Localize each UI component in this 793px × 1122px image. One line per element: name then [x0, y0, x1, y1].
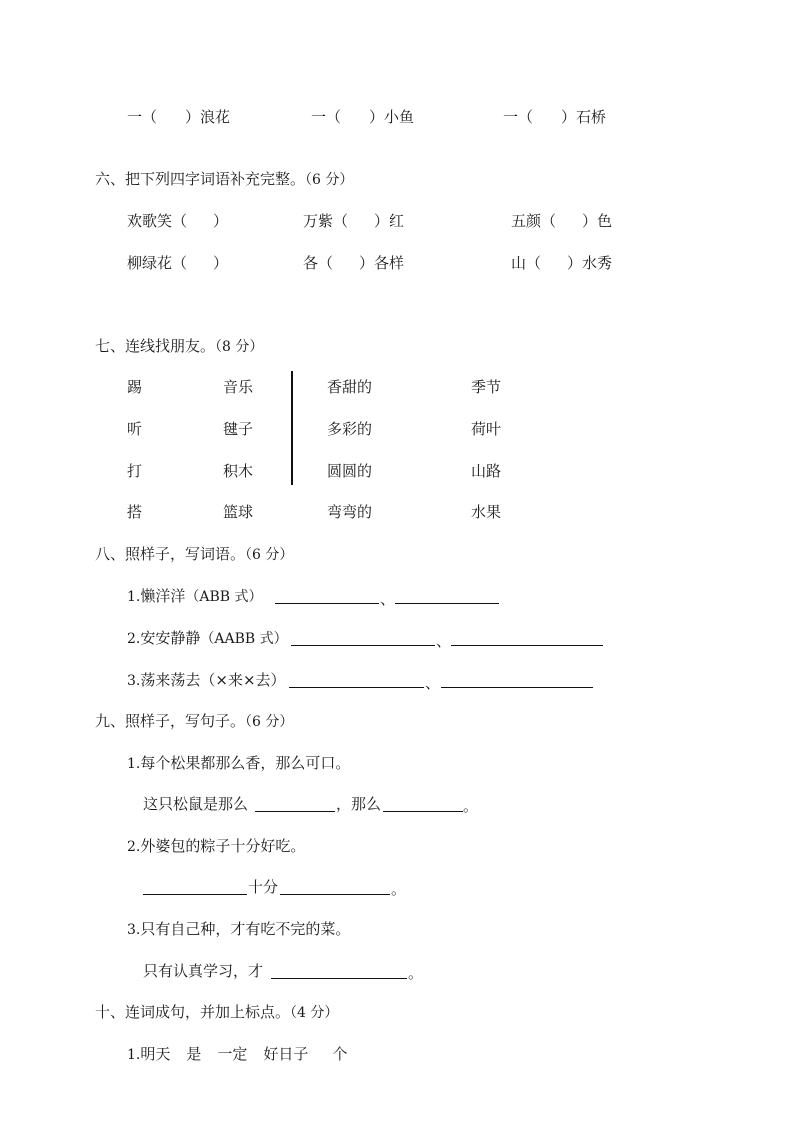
period: 。	[391, 880, 406, 898]
item-number: 1.	[127, 589, 140, 605]
section-score: （6 分）	[305, 172, 353, 188]
idiom-item: 山（）水秀	[511, 254, 612, 272]
section-title: 九、照样子，写句子。	[95, 712, 245, 730]
measure-word-item-3: 一（）石桥	[503, 108, 606, 126]
word-pattern-item-1: 1.懒洋洋（ABB 式）	[127, 587, 263, 606]
match-noun[interactable]: 篮球	[223, 503, 253, 521]
example-sentence: 只有自己种，才有吃不完的菜。	[140, 920, 350, 938]
idiom-item: 万紫（）红	[303, 212, 404, 230]
match-noun[interactable]: 水果	[471, 503, 501, 521]
pattern-label: （ABB 式）	[185, 589, 262, 605]
item-number: 3.	[127, 922, 140, 938]
separator: 、	[436, 632, 451, 650]
idiom-suffix: ）	[213, 212, 228, 230]
idiom-prefix: 五颜（	[511, 212, 556, 230]
answer-line[interactable]	[289, 673, 424, 688]
answer-line[interactable]	[280, 880, 390, 895]
prompt-text: 十分	[248, 878, 278, 896]
item-prefix: 一（	[127, 108, 157, 126]
scrambled-word: 好日子	[263, 1045, 308, 1063]
match-noun[interactable]: 山路	[471, 462, 501, 480]
match-adjective[interactable]: 弯弯的	[327, 503, 372, 521]
example-word: 懒洋洋	[140, 587, 185, 605]
separator: 、	[380, 590, 395, 608]
prompt-text: 这只松鼠是那么	[143, 795, 248, 813]
match-noun[interactable]: 毽子	[223, 420, 253, 438]
match-noun[interactable]: 荷叶	[471, 420, 501, 438]
column-divider	[291, 371, 293, 485]
scrambled-word: 一定	[217, 1045, 247, 1063]
section-8-heading: 八、照样子，写词语。（6 分）	[95, 545, 293, 564]
example-sentence: 每个松果都那么香，那么可口。	[140, 754, 350, 772]
section-score: （6 分）	[245, 547, 293, 563]
idiom-suffix: ）色	[582, 212, 612, 230]
word-pattern-item-2: 2.安安静静（AABB 式）	[127, 629, 288, 648]
section-10-heading: 十、连词成句，并加上标点。（4 分）	[95, 1003, 338, 1022]
idiom-prefix: 欢歌笑（	[127, 212, 187, 230]
match-adjective[interactable]: 圆圆的	[327, 462, 372, 480]
item-prefix: 一（	[311, 108, 341, 126]
match-verb[interactable]: 踢	[127, 378, 142, 396]
answer-line[interactable]	[255, 797, 335, 812]
answer-line[interactable]	[441, 673, 593, 688]
scrambled-word: 明天	[140, 1045, 170, 1063]
answer-line[interactable]	[395, 589, 499, 604]
example-sentence: 外婆包的粽子十分好吃。	[140, 837, 305, 855]
idiom-item: 欢歌笑（）	[127, 212, 228, 230]
answer-line[interactable]	[451, 631, 603, 646]
example-word: 安安静静	[140, 629, 200, 647]
section-score: （8 分）	[215, 339, 263, 355]
answer-line[interactable]	[271, 964, 407, 979]
section-6-heading: 六、把下列四字词语补充完整。（6 分）	[95, 170, 353, 189]
match-adjective[interactable]: 多彩的	[327, 420, 372, 438]
match-noun[interactable]: 季节	[471, 378, 501, 396]
match-noun[interactable]: 音乐	[223, 378, 253, 396]
match-noun[interactable]: 积木	[223, 462, 253, 480]
match-verb[interactable]: 听	[127, 420, 142, 438]
measure-word-item-2: 一（）小鱼	[311, 108, 414, 126]
scrambled-word: 是	[186, 1045, 201, 1063]
sentence-example-3: 3.只有自己种，才有吃不完的菜。	[127, 920, 350, 939]
item-prefix: 一（	[503, 108, 533, 126]
section-title: 七、连线找朋友。	[95, 337, 215, 355]
idiom-prefix: 山（	[511, 254, 541, 272]
answer-line[interactable]	[383, 797, 463, 812]
idiom-prefix: 各（	[303, 254, 333, 272]
idiom-suffix: ）各样	[359, 254, 404, 272]
period: 。	[408, 964, 423, 982]
item-suffix: ）浪花	[185, 108, 230, 126]
section-7-heading: 七、连线找朋友。（8 分）	[95, 337, 263, 356]
pattern-label: （AABB 式）	[200, 631, 287, 647]
idiom-item: 柳绿花（）	[127, 254, 228, 272]
section-title: 八、照样子，写词语。	[95, 545, 245, 563]
answer-line[interactable]	[291, 631, 435, 646]
idiom-item: 各（）各样	[303, 254, 404, 272]
item-suffix: ）小鱼	[369, 108, 414, 126]
item-number: 1.	[127, 756, 140, 772]
example-word: 荡来荡去	[140, 671, 200, 689]
match-verb[interactable]: 打	[127, 462, 142, 480]
word-order-item-1: 1.明天是一定好日子个	[127, 1045, 347, 1064]
section-title: 六、把下列四字词语补充完整。	[95, 170, 305, 188]
section-9-heading: 九、照样子，写句子。（6 分）	[95, 712, 293, 731]
item-number: 1.	[127, 1047, 140, 1063]
idiom-suffix: ）红	[374, 212, 404, 230]
measure-word-item-1: 一（）浪花	[127, 108, 230, 126]
idiom-prefix: 柳绿花（	[127, 254, 187, 272]
sentence-example-1: 1.每个松果都那么香，那么可口。	[127, 754, 350, 773]
item-number: 2.	[127, 631, 140, 647]
idiom-suffix: ）水秀	[567, 254, 612, 272]
match-verb[interactable]: 搭	[127, 503, 142, 521]
idiom-item: 五颜（）色	[511, 212, 612, 230]
answer-line[interactable]	[143, 880, 247, 895]
period: 。	[463, 797, 478, 815]
pattern-label: （×来×去）	[200, 671, 285, 689]
section-score: （4 分）	[290, 1005, 338, 1021]
sentence-example-2: 2.外婆包的粽子十分好吃。	[127, 837, 305, 856]
answer-line[interactable]	[275, 589, 379, 604]
word-pattern-item-3: 3.荡来荡去（×来×去）	[127, 671, 286, 690]
item-suffix: ）石桥	[561, 108, 606, 126]
idiom-prefix: 万紫（	[303, 212, 348, 230]
idiom-suffix: ）	[213, 254, 228, 272]
match-adjective[interactable]: 香甜的	[327, 378, 372, 396]
scrambled-word: 个	[332, 1045, 347, 1063]
prompt-text: ，那么	[336, 795, 381, 813]
separator: 、	[425, 674, 440, 692]
item-number: 3.	[127, 673, 140, 689]
item-number: 2.	[127, 839, 140, 855]
prompt-text: 只有认真学习，才	[143, 962, 263, 980]
section-score: （6 分）	[245, 714, 293, 730]
section-title: 十、连词成句，并加上标点。	[95, 1003, 290, 1021]
